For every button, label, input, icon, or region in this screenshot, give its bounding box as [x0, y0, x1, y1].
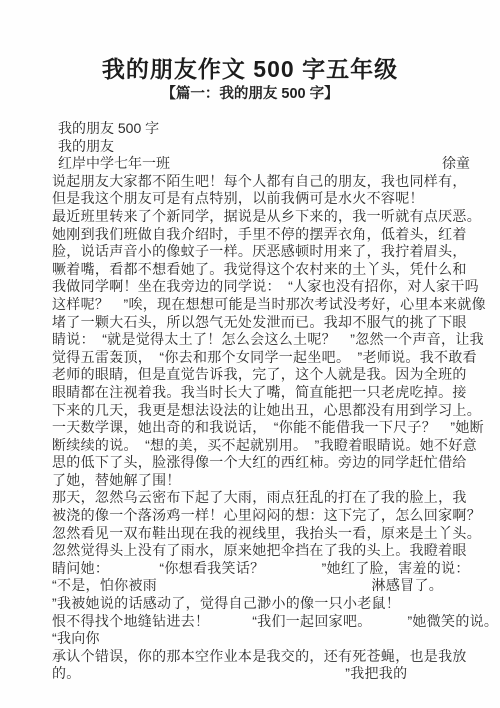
essay-name-line: 我的朋友: [58, 138, 470, 156]
essay-text-line: 思的低下了头，脸涨得像一个大红的西红柿。旁边的同学赶忙借给: [52, 454, 480, 472]
page-title: 我的朋友作文 500 字五年级: [0, 56, 500, 83]
essay-text-line: 眼睛都在注视着我。我当时长大了嘴，简直能把一只老虎吃掉。接: [52, 384, 480, 402]
essay-text-line: “我向你: [52, 630, 480, 648]
author-name: 徐童: [442, 155, 470, 173]
school-class-label: 红岸中学七年一班: [58, 155, 170, 173]
essay-text-line: 一天数学课，她出奇的和我说话， “你能不能借我一下尺子？ ”她断: [52, 419, 480, 437]
essay-text-line: 恨不得找个地缝钻进去！ “我们一起回家吧。 ”她微笑的说。: [52, 613, 480, 631]
essay-text-line: 忽然觉得头上没有了雨水，原来她把伞挡在了我的头上。我瞪着眼: [52, 542, 480, 560]
essay-text-line: 下来的几天，我更是想法设法的让她出丑，心思都没有用到学习上。: [52, 402, 480, 420]
essay-text-line: 说起朋友大家都不陌生吧！每个人都有自己的朋友，我也同样有，: [52, 173, 480, 191]
essay-text-line: 了她，替她解了围！: [52, 472, 480, 490]
essay-text-line: 她刚到我们班做自我介绍时，手里不停的摆弄衣角，低着头，红着: [52, 226, 480, 244]
document-page: 我的朋友作文 500 字五年级 【篇一：我的朋友 500 字】 我的朋友 500…: [0, 0, 500, 708]
essay-text-line: 老师的眼睛，但是直觉告诉我，完了，这个人就是我。因为全班的: [52, 366, 480, 384]
essay-text-line: 的。 ”我把我的: [52, 665, 480, 683]
essay-text-line: 噘着嘴，看都不想看她了。我觉得这个农村来的土丫头，凭什么和: [52, 261, 480, 279]
essay-title-line: 我的朋友 500 字: [58, 120, 470, 138]
essay-meta: 我的朋友 500 字 我的朋友 红岸中学七年一班 徐童: [0, 120, 500, 173]
section-heading: 【篇一：我的朋友 500 字】: [0, 86, 500, 103]
essay-text-line: 被浇的像一个落汤鸡一样！心里闷闷的想：这下完了，怎么回家啊？: [52, 507, 480, 525]
essay-text-line: 断续续的说。 “想的美，买不起就别用。 ”我瞪着眼睛说。她不好意: [52, 437, 480, 455]
essay-text-line: 最近班里转来了个新同学，据说是从乡下来的，我一听就有点厌恶。: [52, 208, 480, 226]
essay-text-line: 但是我这个朋友可是有点特别，以前我俩可是水火不容呢！: [52, 190, 480, 208]
essay-text-line: 我做同学啊！坐在我旁边的同学说： “人家也没有招你，对人家干吗: [52, 278, 480, 296]
essay-text-line: 睛说： “就是觉得太土了！怎么会这么土呢？ ”忽然一个声音，让我: [52, 331, 480, 349]
essay-text-line: 忽然看见一双布鞋出现在我的视线里，我抬头一看，原来是土丫头。: [52, 525, 480, 543]
essay-text-line: 那天，忽然乌云密布下起了大雨，雨点狂乱的打在了我的脸上，我: [52, 489, 480, 507]
essay-body: 说起朋友大家都不陌生吧！每个人都有自己的朋友，我也同样有， 但是我这个朋友可是有…: [0, 173, 500, 683]
essay-text-line: ”我被她说的话感动了，觉得自己渺小的像一只小老鼠！: [52, 595, 480, 613]
essay-text-line: 堵了一颗大石头，所以怨气无处发泄而已。我却不服气的挑了下眼: [52, 314, 480, 332]
essay-text-line: 脸，说话声音小的像蚊子一样。厌恶感顿时用来了，我拧着眉头，: [52, 243, 480, 261]
school-author-row: 红岸中学七年一班 徐童: [58, 155, 470, 173]
essay-text-line: 睛问她： “你想看我笑话？ ”她红了脸，害羞的说：: [52, 560, 480, 578]
essay-text-line: 这样呢？ ”唉，现在想想可能是当时那次考试没考好，心里本来就像: [52, 296, 480, 314]
essay-text-line: “不是，怕你被雨 淋感冒了。: [52, 577, 480, 595]
essay-text-line: 承认个错误，你的那本空作业本是我交的，还有死苍蝇，也是我放: [52, 648, 480, 666]
essay-text-line: 觉得五雷轰顶， “你去和那个女同学一起坐吧。 ”老师说。我不敢看: [52, 349, 480, 367]
